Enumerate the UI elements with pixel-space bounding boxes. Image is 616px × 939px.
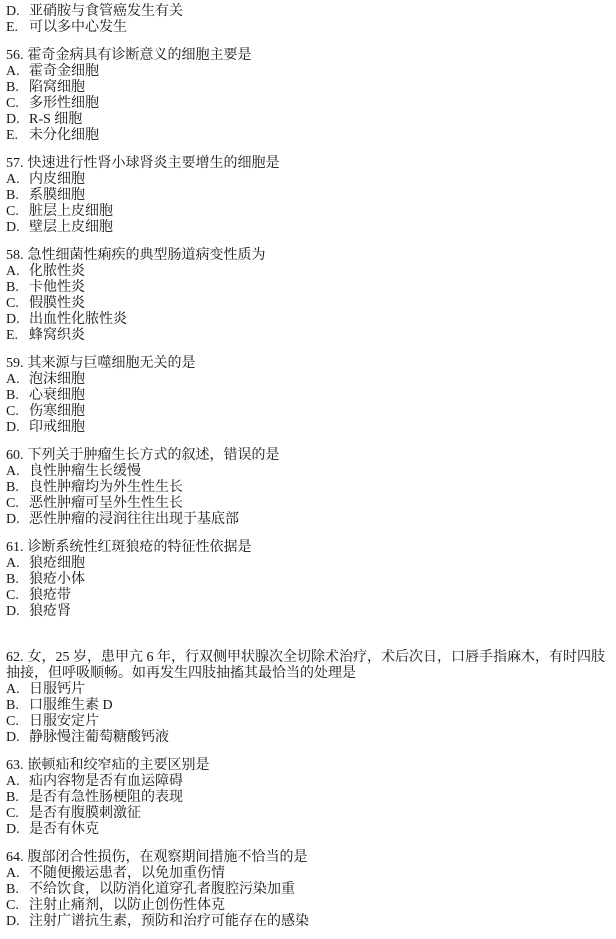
question-stem: 64.腹部闭合性损伤，在观察期间措施不恰当的是: [6, 850, 610, 866]
question-block-63: 63.嵌顿疝和绞窄疝的主要区别是 A.疝内容物是否有血运障碍 B.是否有急性肠梗…: [6, 758, 610, 838]
option-row: A.内皮细胞: [6, 172, 610, 188]
option-text: 口服维生素 D: [29, 698, 113, 713]
option-row: C.狼疮带: [6, 588, 610, 604]
question-text: 霍奇金病具有诊断意义的细胞主要是: [28, 48, 252, 63]
leading-question-block: D.亚硝胺与食管癌发生有关 E.可以多中心发生: [6, 4, 610, 36]
question-text: 下列关于肿瘤生长方式的叙述，错误的是: [28, 448, 280, 463]
option-row: A.日服钙片: [6, 682, 610, 698]
option-letter: B.: [6, 790, 29, 806]
option-text: 日服安定片: [29, 714, 99, 729]
question-number: 58.: [6, 248, 28, 263]
option-letter: A.: [6, 264, 29, 280]
question-number: 62.: [6, 650, 28, 665]
option-text: 内皮细胞: [29, 172, 85, 187]
question-block-59: 59.其来源与巨噬细胞无关的是 A.泡沫细胞 B.心衰细胞 C.伤寒细胞 D.印…: [6, 356, 610, 436]
option-letter: B.: [6, 388, 29, 404]
option-letter: A.: [6, 172, 29, 188]
question-number: 60.: [6, 448, 28, 463]
option-row: A.霍奇金细胞: [6, 64, 610, 80]
option-letter: E.: [6, 328, 29, 344]
option-text: 是否有急性肠梗阻的表现: [29, 790, 183, 805]
option-text: 壁层上皮细胞: [29, 220, 113, 235]
option-text: 是否有腹膜刺激征: [29, 806, 141, 821]
question-stem: 60.下列关于肿瘤生长方式的叙述，错误的是: [6, 448, 610, 464]
option-row: B.口服维生素 D: [6, 698, 610, 714]
option-letter: B.: [6, 572, 29, 588]
option-text: 静脉慢注葡萄糖酸钙液: [29, 730, 169, 745]
option-letter: A.: [6, 866, 29, 882]
option-letter: D.: [6, 4, 29, 20]
option-text: 多形性细胞: [29, 96, 99, 111]
option-letter: A.: [6, 64, 29, 80]
option-text: 假膜性炎: [29, 296, 85, 311]
question-text: 急性细菌性痢疾的典型肠道病变性质为: [28, 248, 266, 263]
question-stem: 57.快速进行性肾小球肾炎主要增生的细胞是: [6, 156, 610, 172]
question-number: 56.: [6, 48, 28, 63]
option-row: B.良性肿瘤均为外生性生长: [6, 480, 610, 496]
question-number: 64.: [6, 850, 28, 865]
option-text: 卡他性炎: [29, 280, 85, 295]
option-letter: B.: [6, 480, 29, 496]
option-letter: C.: [6, 588, 29, 604]
option-letter: B.: [6, 280, 29, 296]
question-block-61: 61.诊断系统性红斑狼疮的特征性依据是 A.狼疮细胞 B.狼疮小体 C.狼疮带 …: [6, 540, 610, 620]
option-letter: C.: [6, 404, 29, 420]
option-row: D.是否有休克: [6, 822, 610, 838]
option-row: D.壁层上皮细胞: [6, 220, 610, 236]
option-row: A.不随便搬运患者，以免加重伤情: [6, 866, 610, 882]
option-row: B.陷窝细胞: [6, 80, 610, 96]
option-row: A.疝内容物是否有血运障碍: [6, 774, 610, 790]
option-row: A.泡沫细胞: [6, 372, 610, 388]
option-letter: D.: [6, 312, 29, 328]
question-text: 其来源与巨噬细胞无关的是: [28, 356, 196, 371]
option-text: 恶性肿瘤可呈外生性生长: [29, 496, 183, 511]
option-letter: C.: [6, 714, 29, 730]
option-text: 未分化细胞: [29, 128, 99, 143]
option-row: C.伤寒细胞: [6, 404, 610, 420]
option-letter: C.: [6, 806, 29, 822]
option-row: E.蜂窝织炎: [6, 328, 610, 344]
option-text: 狼疮小体: [29, 572, 85, 587]
option-letter: E.: [6, 20, 29, 36]
option-row: E.可以多中心发生: [6, 20, 610, 36]
option-text: 可以多中心发生: [29, 20, 127, 35]
option-letter: D.: [6, 220, 29, 236]
question-stem: 62.女，25 岁，患甲亢 6 年，行双侧甲状腺次全切除术治疗，术后次日，口唇手…: [6, 650, 610, 682]
option-row: C.是否有腹膜刺激征: [6, 806, 610, 822]
question-text: 女，25 岁，患甲亢 6 年，行双侧甲状腺次全切除术治疗，术后次日，口唇手指麻木…: [6, 650, 605, 681]
exam-page: D.亚硝胺与食管癌发生有关 E.可以多中心发生 56.霍奇金病具有诊断意义的细胞…: [0, 0, 616, 939]
question-block-60: 60.下列关于肿瘤生长方式的叙述，错误的是 A.良性肿瘤生长缓慢 B.良性肿瘤均…: [6, 448, 610, 528]
option-letter: D.: [6, 914, 29, 930]
option-text: 霍奇金细胞: [29, 64, 99, 79]
option-row: D.注射广谱抗生素，预防和治疗可能存在的感染: [6, 914, 610, 930]
question-block-62: 62.女，25 岁，患甲亢 6 年，行双侧甲状腺次全切除术治疗，术后次日，口唇手…: [6, 650, 610, 746]
option-text: 蜂窝织炎: [29, 328, 85, 343]
option-text: 伤寒细胞: [29, 404, 85, 419]
option-letter: C.: [6, 496, 29, 512]
question-block-56: 56.霍奇金病具有诊断意义的细胞主要是 A.霍奇金细胞 B.陷窝细胞 C.多形性…: [6, 48, 610, 144]
option-letter: D.: [6, 420, 29, 436]
option-text: 注射广谱抗生素，预防和治疗可能存在的感染: [29, 914, 309, 929]
option-text: 脏层上皮细胞: [29, 204, 113, 219]
option-letter: A.: [6, 682, 29, 698]
option-letter: A.: [6, 556, 29, 572]
option-row: D.出血性化脓性炎: [6, 312, 610, 328]
option-row: B.心衰细胞: [6, 388, 610, 404]
option-text: 印戒细胞: [29, 420, 85, 435]
option-letter: B.: [6, 80, 29, 96]
option-letter: B.: [6, 188, 29, 204]
option-row: D.R-S 细胞: [6, 112, 610, 128]
option-row: D.静脉慢注葡萄糖酸钙液: [6, 730, 610, 746]
option-text: 疝内容物是否有血运障碍: [29, 774, 183, 789]
option-letter: A.: [6, 464, 29, 480]
question-text: 诊断系统性红斑狼疮的特征性依据是: [28, 540, 252, 555]
option-row: C.注射止痛剂，以防止创伤性体克: [6, 898, 610, 914]
question-stem: 63.嵌顿疝和绞窄疝的主要区别是: [6, 758, 610, 774]
option-text: 不给饮食，以防消化道穿孔者腹腔污染加重: [29, 882, 295, 897]
option-text: 心衰细胞: [29, 388, 85, 403]
option-letter: D.: [6, 512, 29, 528]
option-row: D.狼疮肾: [6, 604, 610, 620]
option-row: B.是否有急性肠梗阻的表现: [6, 790, 610, 806]
option-letter: C.: [6, 898, 29, 914]
option-row: C.假膜性炎: [6, 296, 610, 312]
option-row: C.日服安定片: [6, 714, 610, 730]
question-number: 59.: [6, 356, 28, 371]
question-stem: 61.诊断系统性红斑狼疮的特征性依据是: [6, 540, 610, 556]
question-block-57: 57.快速进行性肾小球肾炎主要增生的细胞是 A.内皮细胞 B.系膜细胞 C.脏层…: [6, 156, 610, 236]
option-letter: B.: [6, 882, 29, 898]
option-letter: C.: [6, 296, 29, 312]
option-text: 是否有休克: [29, 822, 99, 837]
option-row: A.狼疮细胞: [6, 556, 610, 572]
option-text: 良性肿瘤生长缓慢: [29, 464, 141, 479]
question-block-58: 58.急性细菌性痢疾的典型肠道病变性质为 A.化脓性炎 B.卡他性炎 C.假膜性…: [6, 248, 610, 344]
option-letter: B.: [6, 698, 29, 714]
option-text: 日服钙片: [29, 682, 85, 697]
option-row: D.亚硝胺与食管癌发生有关: [6, 4, 610, 20]
option-row: C.多形性细胞: [6, 96, 610, 112]
option-row: D.印戒细胞: [6, 420, 610, 436]
option-row: E.未分化细胞: [6, 128, 610, 144]
option-row: B.卡他性炎: [6, 280, 610, 296]
option-row: D.恶性肿瘤的浸润往往出现于基底部: [6, 512, 610, 528]
option-text: 亚硝胺与食管癌发生有关: [29, 4, 183, 19]
option-row: C.脏层上皮细胞: [6, 204, 610, 220]
question-number: 61.: [6, 540, 28, 555]
option-text: 狼疮带: [29, 588, 71, 603]
option-letter: D.: [6, 822, 29, 838]
option-row: B.不给饮食，以防消化道穿孔者腹腔污染加重: [6, 882, 610, 898]
option-row: C.恶性肿瘤可呈外生性生长: [6, 496, 610, 512]
option-row: B.系膜细胞: [6, 188, 610, 204]
option-text: 狼疮肾: [29, 604, 71, 619]
option-letter: E.: [6, 128, 29, 144]
option-letter: C.: [6, 96, 29, 112]
option-text: 系膜细胞: [29, 188, 85, 203]
question-stem: 59.其来源与巨噬细胞无关的是: [6, 356, 610, 372]
option-text: 注射止痛剂，以防止创伤性体克: [29, 898, 225, 913]
question-block-64: 64.腹部闭合性损伤，在观察期间措施不恰当的是 A.不随便搬运患者，以免加重伤情…: [6, 850, 610, 930]
question-text: 快速进行性肾小球肾炎主要增生的细胞是: [28, 156, 280, 171]
option-text: 良性肿瘤均为外生性生长: [29, 480, 183, 495]
option-text: 泡沫细胞: [29, 372, 85, 387]
question-text: 腹部闭合性损伤，在观察期间措施不恰当的是: [28, 850, 308, 865]
option-text: 陷窝细胞: [29, 80, 85, 95]
option-text: 恶性肿瘤的浸润往往出现于基底部: [29, 512, 239, 527]
option-row: B.狼疮小体: [6, 572, 610, 588]
option-letter: D.: [6, 604, 29, 620]
option-text: 狼疮细胞: [29, 556, 85, 571]
option-text: 出血性化脓性炎: [29, 312, 127, 327]
option-letter: A.: [6, 372, 29, 388]
option-row: A.化脓性炎: [6, 264, 610, 280]
question-stem: 58.急性细菌性痢疾的典型肠道病变性质为: [6, 248, 610, 264]
option-letter: D.: [6, 730, 29, 746]
option-text: R-S 细胞: [29, 112, 82, 127]
question-stem: 56.霍奇金病具有诊断意义的细胞主要是: [6, 48, 610, 64]
option-letter: C.: [6, 204, 29, 220]
option-row: A.良性肿瘤生长缓慢: [6, 464, 610, 480]
option-letter: D.: [6, 112, 29, 128]
option-letter: A.: [6, 774, 29, 790]
question-text: 嵌顿疝和绞窄疝的主要区别是: [28, 758, 210, 773]
option-text: 化脓性炎: [29, 264, 85, 279]
question-number: 57.: [6, 156, 28, 171]
question-number: 63.: [6, 758, 28, 773]
option-text: 不随便搬运患者，以免加重伤情: [29, 866, 225, 881]
